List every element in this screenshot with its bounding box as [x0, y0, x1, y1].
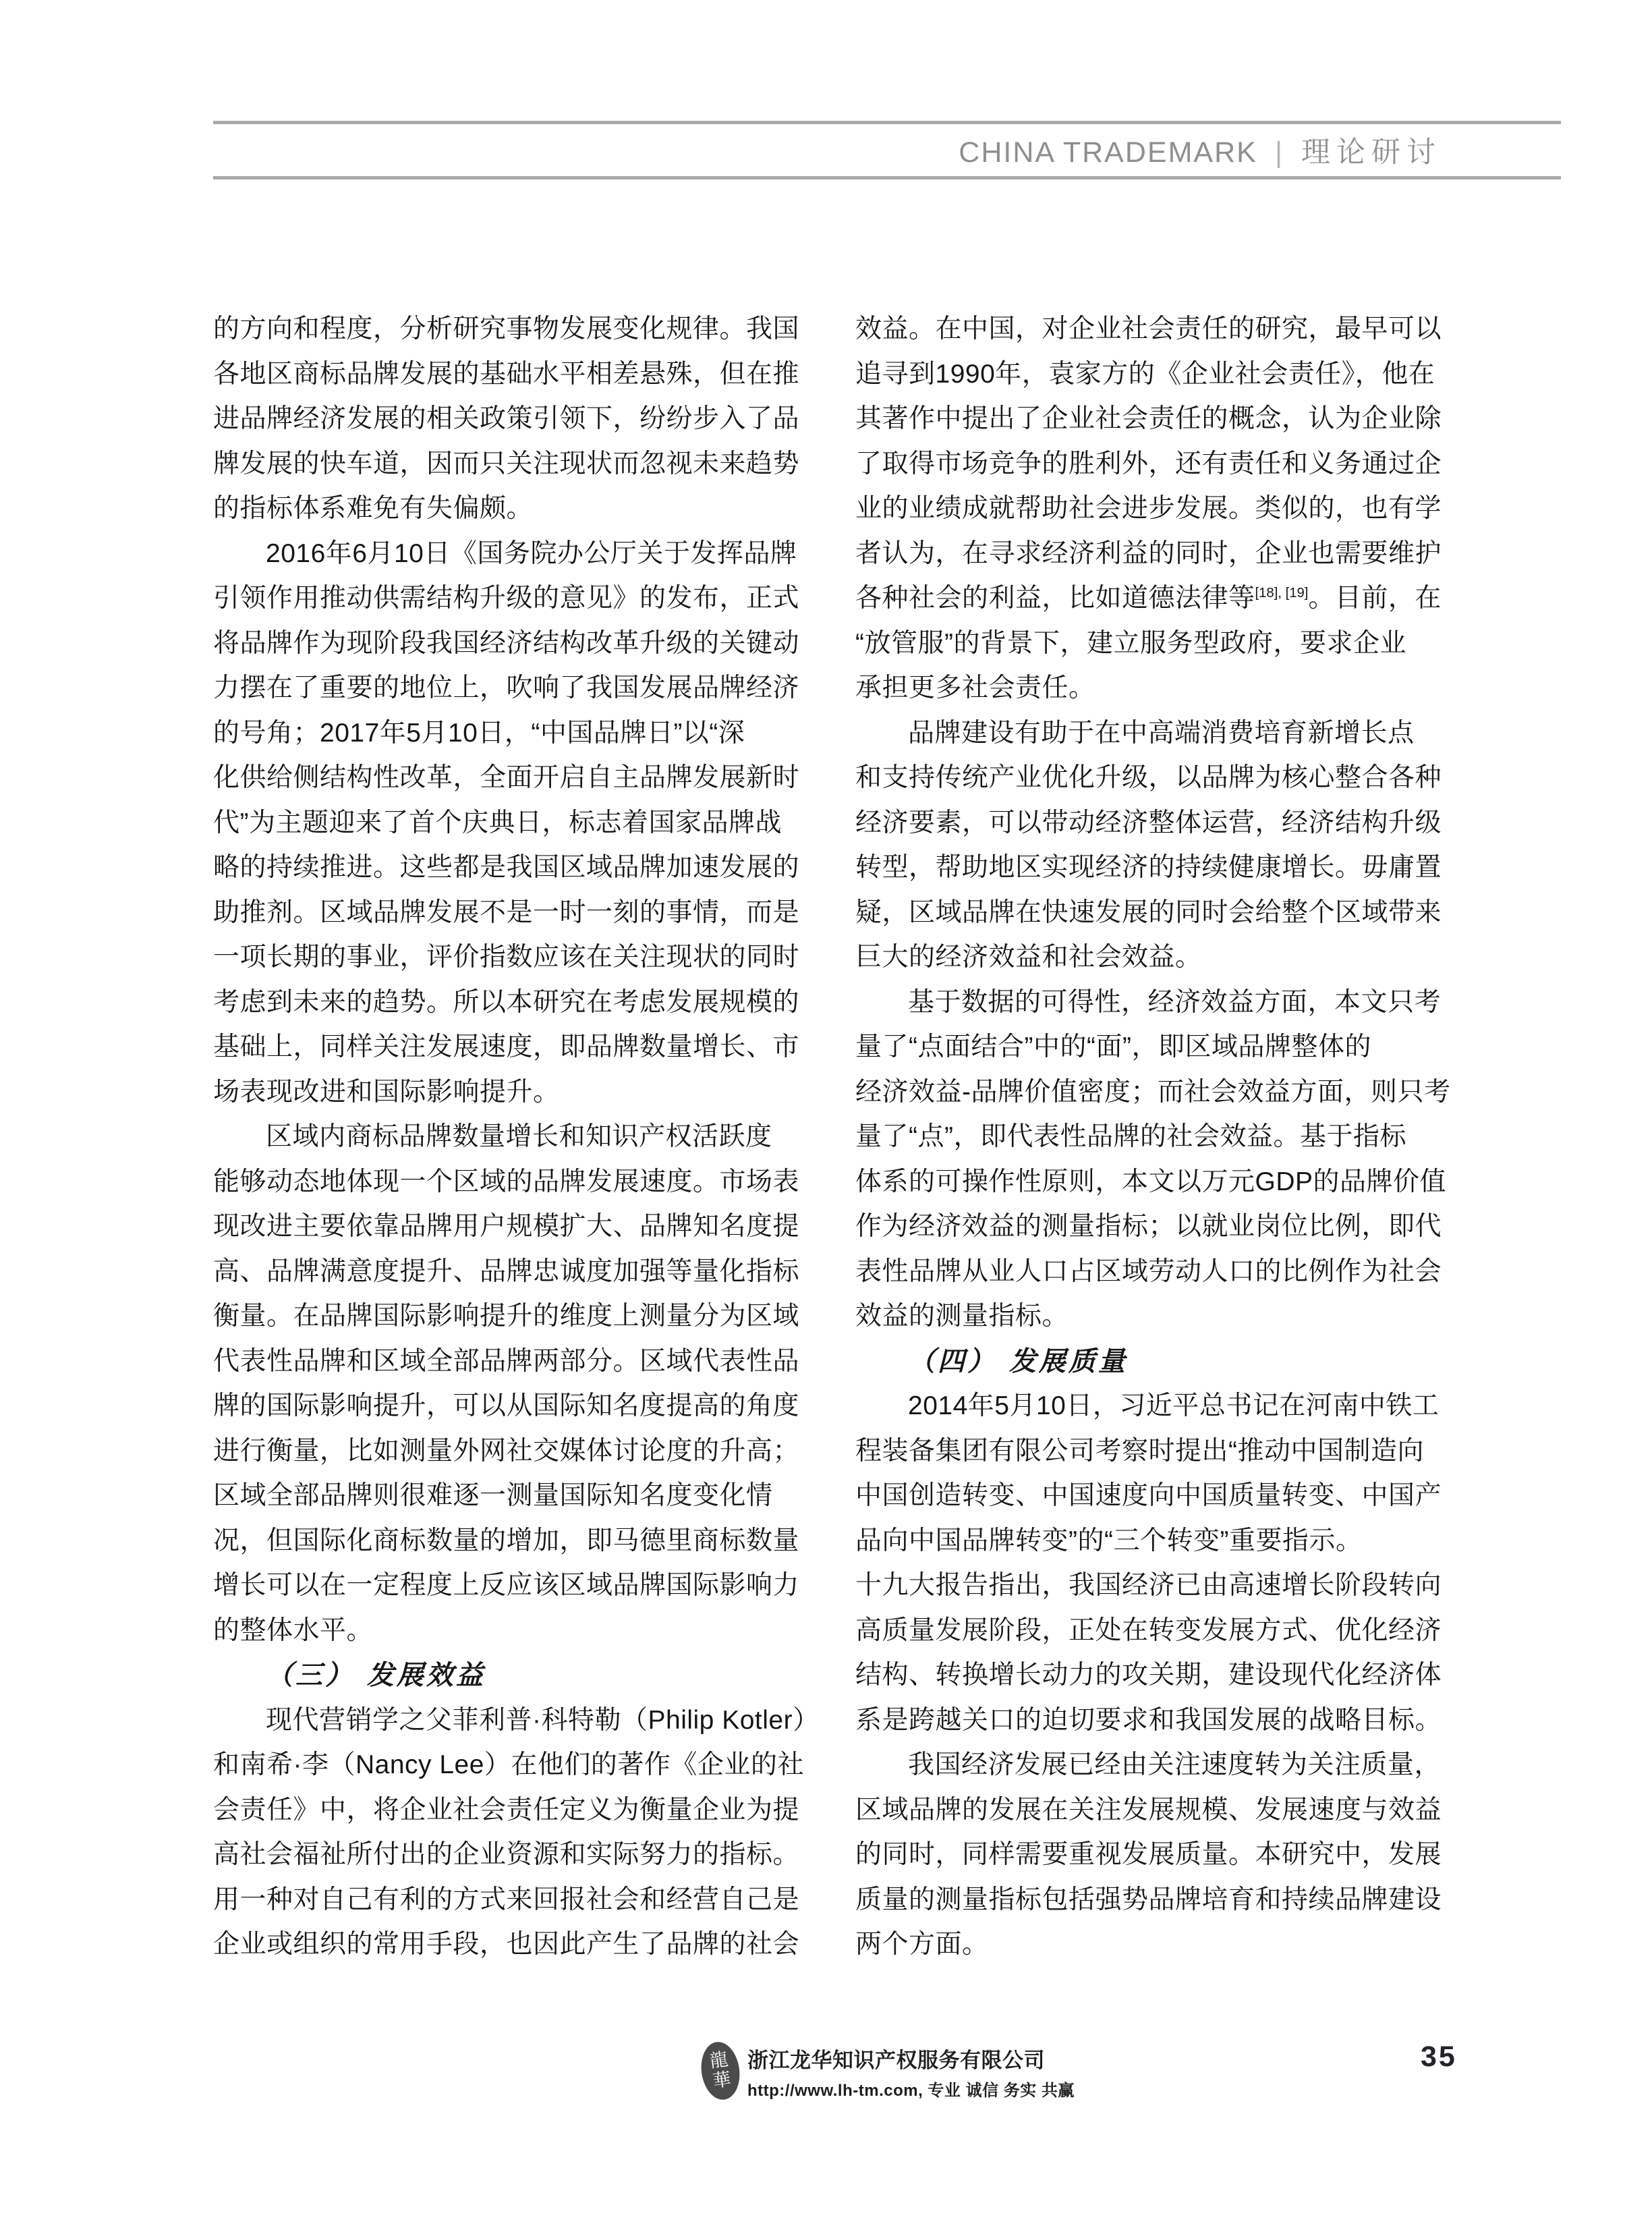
text-line: 略的持续推进。这些都是我国区域品牌加速发展的	[213, 845, 795, 891]
text-line: 品牌建设有助于在中高端消费培育新增长点	[855, 711, 1437, 756]
text-line: 将品牌作为现阶段我国经济结构改革升级的关键动	[213, 621, 795, 667]
header-separator: |	[1275, 136, 1284, 169]
text-line: 中国创造转变、中国速度向中国质量转变、中国产	[855, 1474, 1437, 1519]
text-line: 的整体水平。	[213, 1609, 795, 1654]
body-paragraph-right-0: 效益。在中国，对企业社会责任的研究，最早可以追寻到1990年，袁家方的《企业社会…	[855, 307, 1437, 711]
text-line: 会责任》中，将企业社会责任定义为衡量企业为提	[213, 1788, 795, 1833]
text-line: 引领作用推动供需结构升级的意见》的发布，正式	[213, 576, 795, 621]
text-line: 转型，帮助地区实现经济的持续健康增长。毋庸置	[855, 845, 1437, 891]
text-line: 助推剂。区域品牌发展不是一时一刻的事情，而是	[213, 891, 795, 936]
text-line: 追寻到1990年，袁家方的《企业社会责任》，他在	[855, 352, 1437, 397]
text-line: 者认为，在寻求经济利益的同时，企业也需要维护	[855, 532, 1437, 577]
text-line: 各种社会的利益，比如道德法律等[18], [19]。目前，在	[855, 576, 1437, 621]
section-heading-para-left-3: （三） 发展效益	[213, 1653, 795, 1698]
text-line: 两个方面。	[855, 1922, 1437, 1968]
text-line: 的指标体系难免有失偏颇。	[213, 486, 795, 532]
page-number: 35	[1421, 2040, 1457, 2074]
text-line: 进行衡量，比如测量外网社交媒体讨论度的升高；	[213, 1429, 795, 1474]
text-line: 高、品牌满意度提升、品牌忠诚度加强等量化指标	[213, 1250, 795, 1295]
text-line: 经济效益-品牌价值密度；而社会效益方面，则只考	[855, 1070, 1437, 1115]
body-paragraph-left-1: 2016年6月10日《国务院办公厅关于发挥品牌引领作用推动供需结构升级的意见》的…	[213, 532, 795, 1115]
text-line: 和支持传统产业优化升级，以品牌为核心整合各种	[855, 756, 1437, 801]
text-line: 巨大的经济效益和社会效益。	[855, 935, 1437, 980]
text-line: 我国经济发展已经由关注速度转为关注质量，	[855, 1743, 1437, 1788]
body-paragraph-right-5: 我国经济发展已经由关注速度转为关注质量，区域品牌的发展在关注发展规模、发展速度与…	[855, 1743, 1437, 1968]
text-line: 品向中国品牌转变”的“三个转变”重要指示。	[855, 1519, 1437, 1564]
text-line: 其著作中提出了企业社会责任的概念，认为企业除	[855, 397, 1437, 442]
text-line: 业的业绩成就帮助社会进步发展。类似的，也有学	[855, 486, 1437, 532]
body-paragraph-right-2: 基于数据的可得性，经济效益方面，本文只考量了“点面结合”中的“面”，即区域品牌整…	[855, 980, 1437, 1339]
text-line: 用一种对自己有利的方式来回报社会和经营自己是	[213, 1878, 795, 1923]
text-line: 程装备集团有限公司考察时提出“推动中国制造向	[855, 1429, 1437, 1474]
text-line: 进品牌经济发展的相关政策引领下，纷纷步入了品	[213, 397, 795, 442]
text-line: 考虑到未来的趋势。所以本研究在考虑发展规模的	[213, 980, 795, 1026]
text-line: 高社会福祉所付出的企业资源和实际努力的指标。	[213, 1833, 795, 1878]
text-line: 系是跨越关口的迫切要求和我国发展的战略目标。	[855, 1698, 1437, 1744]
body-paragraph-right-4: 2014年5月10日，习近平总书记在河南中铁工程装备集团有限公司考察时提出“推动…	[855, 1384, 1437, 1743]
text-line: 十九大报告指出，我国经济已由高速增长阶段转向	[855, 1563, 1437, 1609]
text-line: 效益的测量指标。	[855, 1294, 1437, 1339]
header-rule-bottom	[213, 176, 1561, 179]
footer-url-tagline: http://www.lh-tm.com, 专业 诚信 务实 共赢	[747, 2077, 1075, 2100]
text-line: 区域品牌的发展在关注发展规模、发展速度与效益	[855, 1788, 1437, 1833]
journal-title: CHINA TRADEMARK	[959, 136, 1257, 169]
text-line: 代”为主题迎来了首个庆典日，标志着国家品牌战	[213, 801, 795, 846]
text-line: 经济要素，可以带动经济整体运营，经济结构升级	[855, 801, 1437, 846]
text-line: 一项长期的事业，评价指数应该在关注现状的同时	[213, 935, 795, 980]
company-seal-logo: 龍 華	[697, 2040, 743, 2103]
text-line: 高质量发展阶段，正处在转变发展方式、优化经济	[855, 1609, 1437, 1654]
section-heading-para-right-3: （四） 发展质量	[855, 1339, 1437, 1385]
text-line: 增长可以在一定程度上反应该区域品牌国际影响力	[213, 1563, 795, 1609]
text-line: 化供给侧结构性改革，全面开启自主品牌发展新时	[213, 756, 795, 801]
text-line: 牌的国际影响提升，可以从国际知名度提高的角度	[213, 1384, 795, 1429]
section-heading: （三） 发展效益	[213, 1653, 795, 1698]
text-line: 承担更多社会责任。	[855, 666, 1437, 711]
text-line: 的号角；2017年5月10日，“中国品牌日”以“深	[213, 711, 795, 756]
text-line: 量了“点面结合”中的“面”，即区域品牌整体的	[855, 1025, 1437, 1070]
text-line: 基础上，同样关注发展速度，即品牌数量增长、市	[213, 1025, 795, 1070]
text-line: “放管服”的背景下，建立服务型政府，要求企业	[855, 621, 1437, 667]
page-header: CHINA TRADEMARK|理论研讨	[959, 130, 1442, 171]
text-line: 的同时，同样需要重视发展质量。本研究中，发展	[855, 1833, 1437, 1878]
text-line: 现代营销学之父菲利普·科特勒（Philip Kotler）	[213, 1698, 795, 1744]
journal-page: CHINA TRADEMARK|理论研讨 的方向和程度，分析研究事物发展变化规律…	[0, 0, 1652, 2226]
section-title: 理论研讨	[1301, 136, 1442, 169]
text-line: 2014年5月10日，习近平总书记在河南中铁工	[855, 1384, 1437, 1429]
body-paragraph-left-0: 的方向和程度，分析研究事物发展变化规律。我国各地区商标品牌发展的基础水平相差悬殊…	[213, 307, 795, 532]
text-line: 表性品牌从业人口占区域劳动人口的比例作为社会	[855, 1250, 1437, 1295]
text-line: 场表现改进和国际影响提升。	[213, 1070, 795, 1115]
text-column-right: 效益。在中国，对企业社会责任的研究，最早可以追寻到1990年，袁家方的《企业社会…	[855, 307, 1437, 1968]
text-line: 作为经济效益的测量指标；以就业岗位比例，即代	[855, 1204, 1437, 1250]
citation-superscript: [18], [19]	[1255, 586, 1309, 601]
text-line: 和南希·李（Nancy Lee）在他们的著作《企业的社	[213, 1743, 795, 1788]
text-line: 区域全部品牌则很难逐一测量国际知名度变化情	[213, 1474, 795, 1519]
text-line: 衡量。在品牌国际影响提升的维度上测量分为区域	[213, 1294, 795, 1339]
text-line: 体系的可操作性原则，本文以万元GDP的品牌价值	[855, 1160, 1437, 1205]
text-line: 结构、转换增长动力的攻关期，建设现代化经济体	[855, 1653, 1437, 1698]
footer-company-name: 浙江龙华知识产权服务有限公司	[747, 2043, 1045, 2074]
text-line: 2016年6月10日《国务院办公厅关于发挥品牌	[213, 532, 795, 577]
text-line: 各地区商标品牌发展的基础水平相差悬殊，但在推	[213, 352, 795, 397]
body-paragraph-right-1: 品牌建设有助于在中高端消费培育新增长点和支持传统产业优化升级，以品牌为核心整合各…	[855, 711, 1437, 980]
body-paragraph-left-2: 区域内商标品牌数量增长和知识产权活跃度能够动态地体现一个区域的品牌发展速度。市场…	[213, 1115, 795, 1653]
text-column-left: 的方向和程度，分析研究事物发展变化规律。我国各地区商标品牌发展的基础水平相差悬殊…	[213, 307, 795, 1968]
text-line: 现改进主要依靠品牌用户规模扩大、品牌知名度提	[213, 1204, 795, 1250]
header-rule-top	[213, 121, 1561, 124]
text-line: 疑，区域品牌在快速发展的同时会给整个区域带来	[855, 891, 1437, 936]
logo-character-bottom: 華	[712, 2069, 733, 2092]
text-line: 牌发展的快车道，因而只关注现状而忽视未来趋势	[213, 442, 795, 487]
text-line: 况，但国际化商标数量的增加，即马德里商标数量	[213, 1519, 795, 1564]
text-line: 量了“点”，即代表性品牌的社会效益。基于指标	[855, 1115, 1437, 1160]
text-line: 基于数据的可得性，经济效益方面，本文只考	[855, 980, 1437, 1026]
text-line: 区域内商标品牌数量增长和知识产权活跃度	[213, 1115, 795, 1160]
text-line: 质量的测量指标包括强势品牌培育和持续品牌建设	[855, 1878, 1437, 1923]
body-paragraph-left-4: 现代营销学之父菲利普·科特勒（Philip Kotler）和南希·李（Nancy…	[213, 1698, 795, 1968]
text-line: 的方向和程度，分析研究事物发展变化规律。我国	[213, 307, 795, 352]
text-line: 企业或组织的常用手段，也因此产生了品牌的社会	[213, 1922, 795, 1968]
text-line: 效益。在中国，对企业社会责任的研究，最早可以	[855, 307, 1437, 352]
text-line: 了取得市场竞争的胜利外，还有责任和义务通过企	[855, 442, 1437, 487]
text-line: 能够动态地体现一个区域的品牌发展速度。市场表	[213, 1160, 795, 1205]
text-line: 力摆在了重要的地位上，吹响了我国发展品牌经济	[213, 666, 795, 711]
text-line: 代表性品牌和区域全部品牌两部分。区域代表性品	[213, 1339, 795, 1385]
section-heading: （四） 发展质量	[855, 1339, 1437, 1385]
